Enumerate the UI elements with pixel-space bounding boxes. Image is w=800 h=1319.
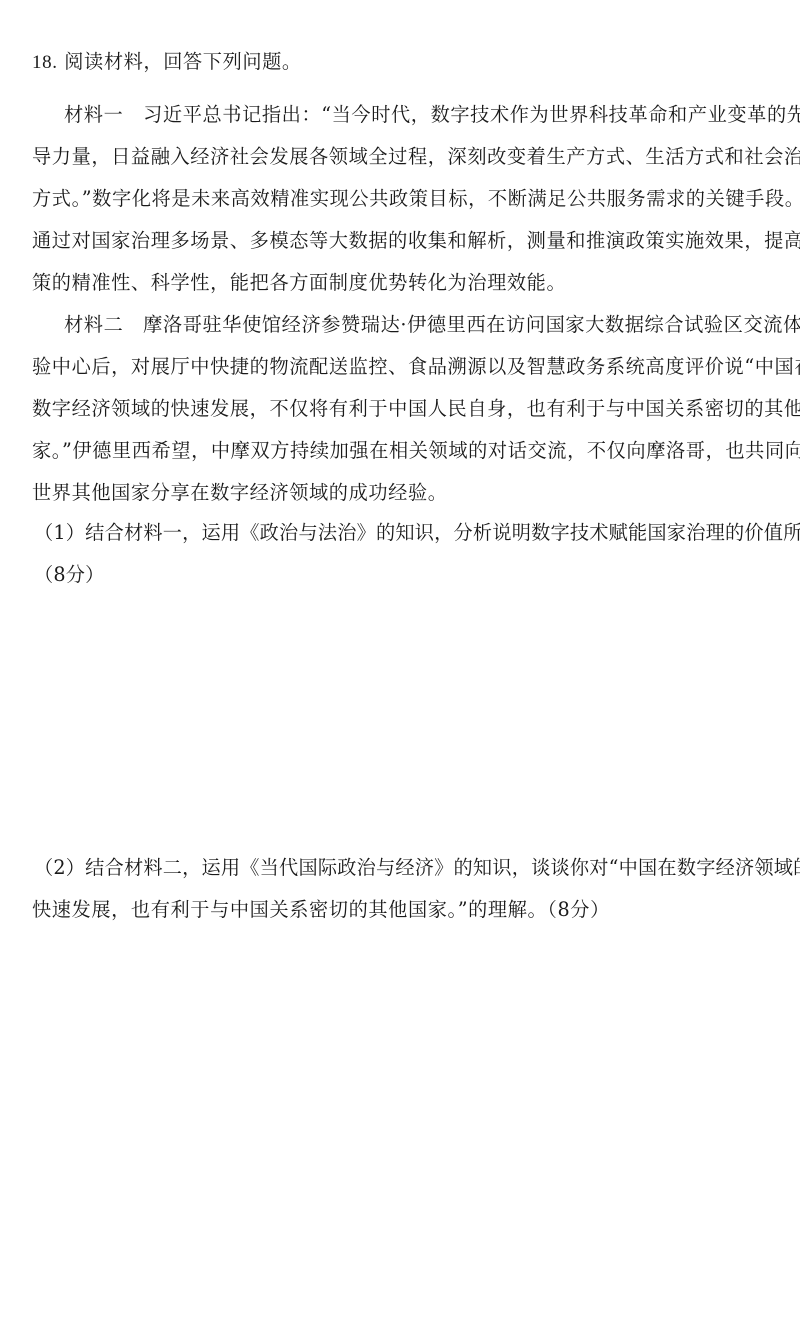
sub-question-line: （2）结合材料二，运用《当代国际政治与经济》的知识，谈谈你对“中国在数字经济领域…: [34, 856, 800, 880]
material-two-line: 家。”伊德里西希望，中摩双方持续加强在相关领域的对话交流，不仅向摩洛哥，也共同向: [32, 439, 800, 463]
material-two-line: 数字经济领域的快速发展，不仅将有利于中国人民自身，也有利于与中国关系密切的其他国: [32, 397, 800, 421]
material-two-line: 材料二 摩洛哥驻华使馆经济参赞瑞达·伊德里西在访问国家大数据综合试验区交流体: [64, 313, 800, 337]
sub-question-line: （1）结合材料一，运用《政治与法治》的知识，分析说明数字技术赋能国家治理的价值所…: [34, 521, 800, 545]
answer-area-1: [32, 600, 777, 840]
material-one-line: 方式。”数字化将是未来高效精准实现公共政策目标，不断满足公共服务需求的关键手段。: [32, 187, 800, 211]
sub-question-points: （8分）: [34, 563, 105, 587]
answer-area-2: [32, 940, 777, 1300]
material-two-line: 验中心后，对展厅中快捷的物流配送监控、食品溯源以及智慧政务系统高度评价说“中国在: [32, 355, 800, 379]
question-header: 18. 阅读材料，回答下列问题。: [32, 50, 302, 75]
material-one-line: 通过对国家治理多场景、多模态等大数据的收集和解析，测量和推演政策实施效果，提高决: [32, 229, 800, 253]
material-one-line: 材料一 习近平总书记指出：“当今时代，数字技术作为世界科技革命和产业变革的先: [64, 103, 800, 127]
question-prompt: 阅读材料，回答下列问题。: [64, 50, 301, 73]
question-number: 18.: [32, 52, 58, 73]
material-one-line: 策的精准性、科学性，能把各方面制度优势转化为治理效能。: [32, 271, 566, 295]
material-two-line: 世界其他国家分享在数字经济领域的成功经验。: [32, 481, 448, 505]
material-one-line: 导力量，日益融入经济社会发展各领域全过程，深刻改变着生产方式、生活方式和社会治理: [32, 145, 800, 169]
sub-question-line: 快速发展，也有利于与中国关系密切的其他国家。”的理解。（8分）: [32, 898, 610, 922]
